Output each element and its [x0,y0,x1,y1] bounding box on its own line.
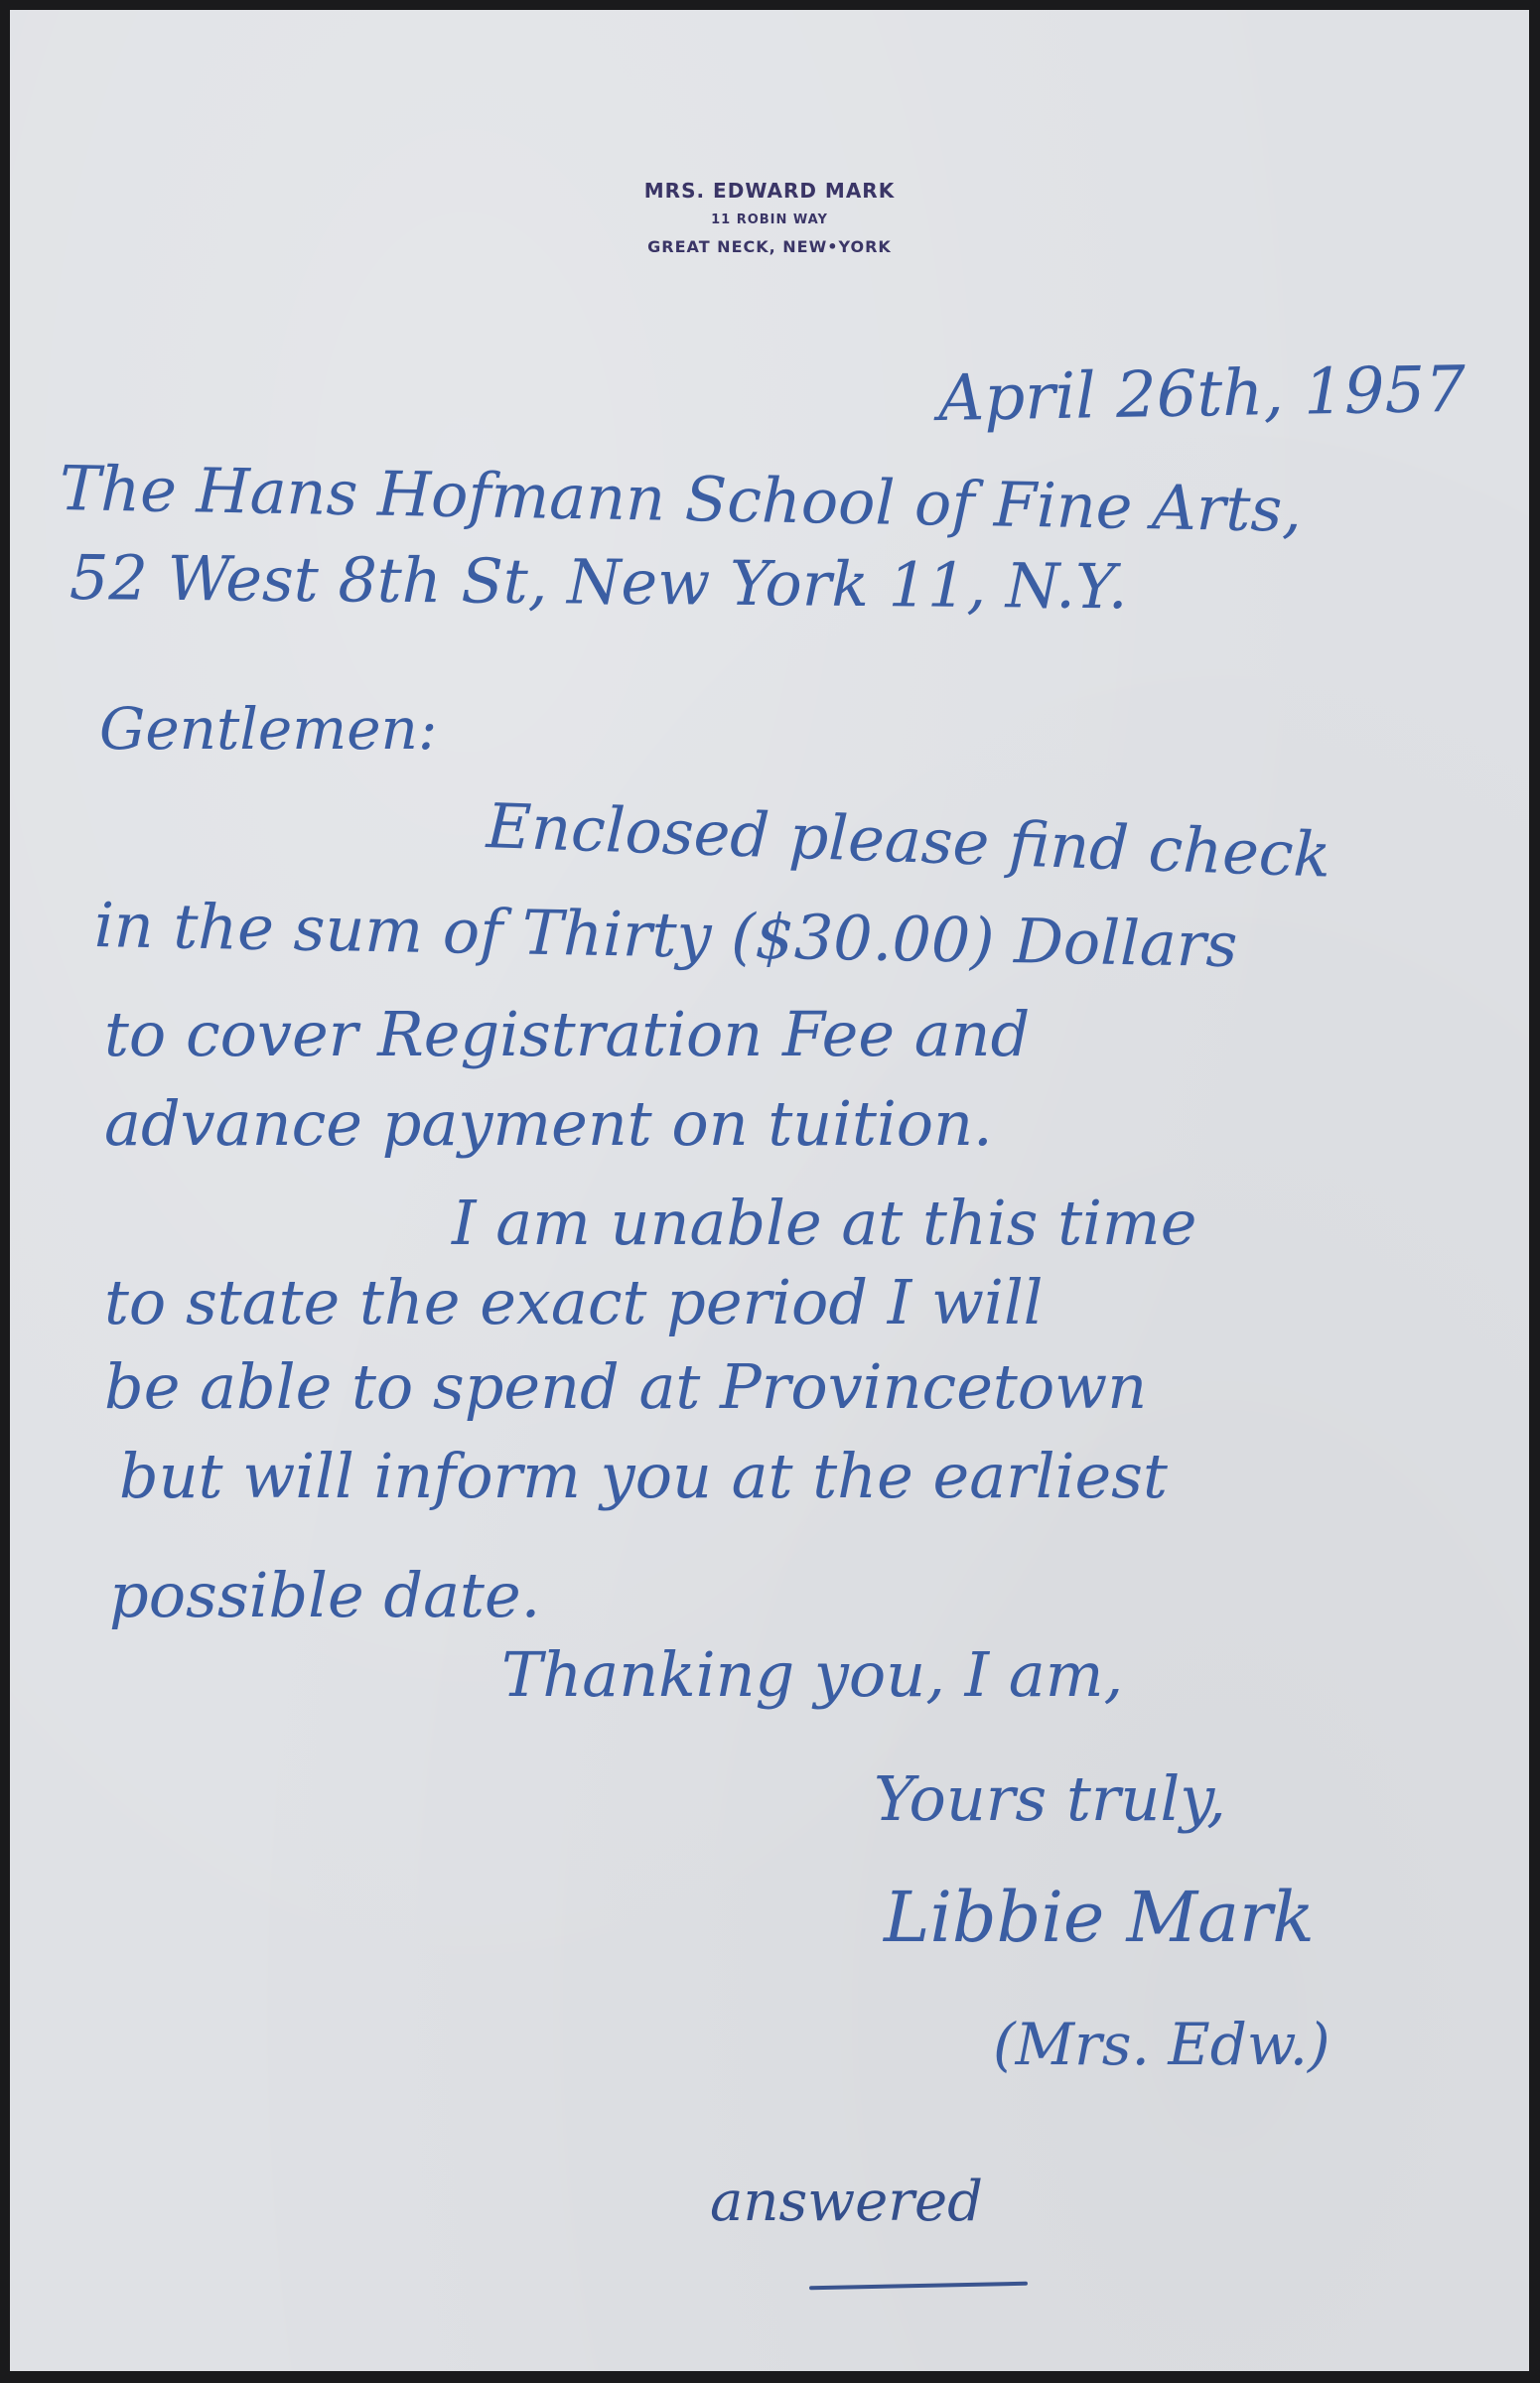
closing: Thanking you, I am, [501,1638,1123,1711]
letter-date: April 26th, 1957 [937,353,1466,436]
recipient-line-1: The Hans Hofmann School of Fine Arts, [59,452,1302,546]
letterhead: MRS. EDWARD MARK 11 ROBIN WAY GREAT NECK… [10,179,1529,256]
valediction: Yours truly, [874,1762,1226,1835]
body-line: to cover Registration Fee and [104,998,1030,1070]
letterhead-name: MRS. EDWARD MARK [10,179,1529,203]
body-line: to state the exact period I will [104,1266,1044,1338]
body-line: advance payment on tuition. [104,1087,993,1160]
annotation-underline [809,2282,1028,2291]
recipient-line-2: 52 West 8th St, New York 11, N.Y. [70,541,1128,623]
answered-annotation: answered [710,2170,983,2234]
letterhead-city: GREAT NECK, NEW•YORK [10,237,1529,256]
letterhead-street: 11 ROBIN WAY [10,212,1529,227]
body-line: I am unable at this time [452,1187,1196,1259]
signature-subtitle: (Mrs. Edw.) [993,2011,1330,2078]
body-line: but will inform you at the earliest [119,1440,1168,1512]
body-line: in the sum of Thirty ($30.00) Dollars [93,889,1238,981]
body-line: be able to spend at Provincetown [104,1350,1147,1423]
signature: Libbie Mark [884,1877,1315,1958]
body-line: Enclosed please find check [486,789,1332,892]
letter-page: MRS. EDWARD MARK 11 ROBIN WAY GREAT NECK… [10,10,1529,2371]
body-line: possible date. [109,1559,540,1631]
salutation: Gentlemen: [99,695,437,763]
